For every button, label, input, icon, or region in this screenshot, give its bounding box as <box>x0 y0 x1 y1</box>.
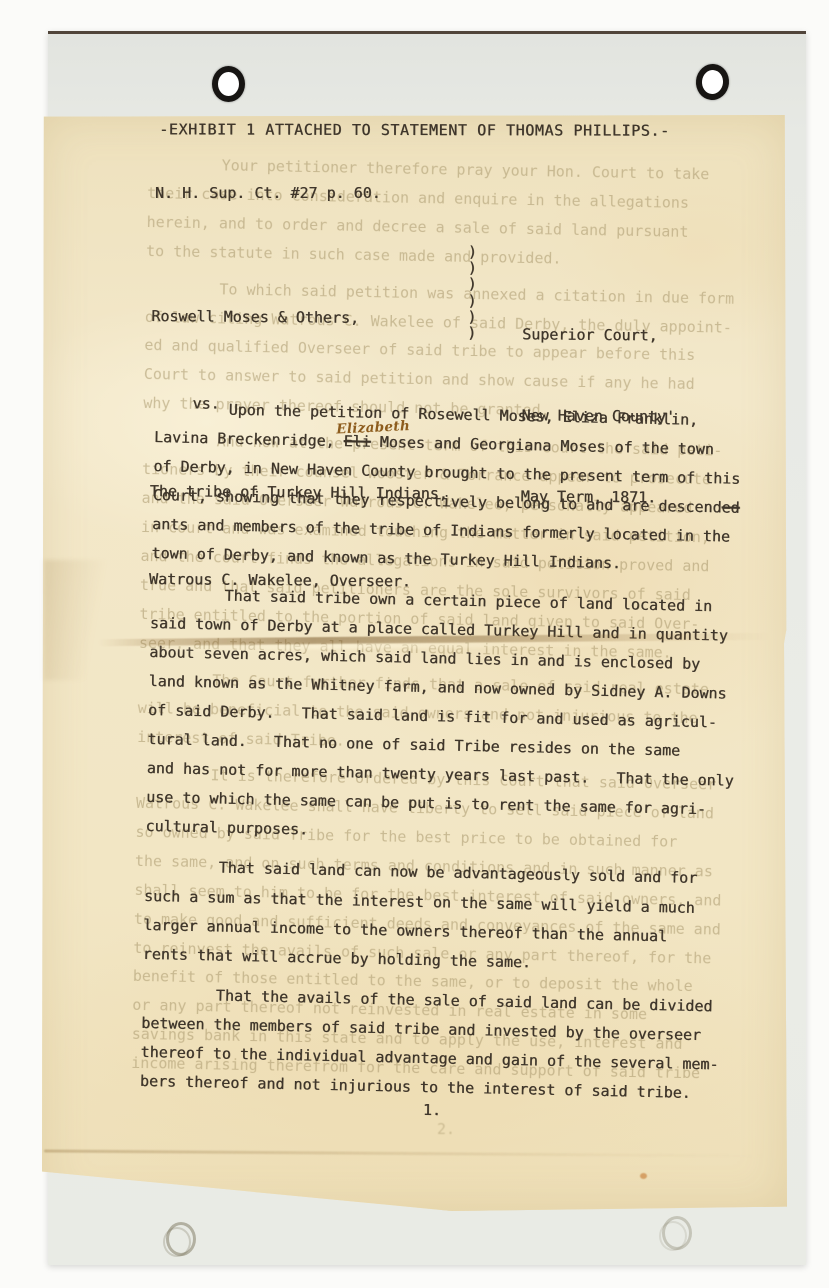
brace-glyph: ) <box>467 309 476 325</box>
brace-glyph: ) <box>467 292 476 308</box>
brace-glyph: ) <box>468 260 477 276</box>
ghost-hole-right <box>662 1216 692 1250</box>
ghost-page-number: 2. <box>437 1120 455 1138</box>
body-paragraph: That the avails of the sale of said land… <box>140 980 762 1110</box>
handwritten-annotation: Elizabeth <box>335 412 410 445</box>
typed-text: That said tribe own a certain piece of l… <box>224 586 712 615</box>
body-paragraph: Upon the petition of Rosewell Moses, Eli… <box>151 394 775 582</box>
exhibit-header: -EXHIBIT 1 ATTACHED TO STATEMENT OF THOM… <box>42 120 787 140</box>
paper-stain <box>640 1173 647 1179</box>
document-body: Upon the petition of Rosewell Moses, Eli… <box>140 394 775 1110</box>
brace-glyph: ) <box>467 325 476 341</box>
body-paragraph: That said land can now be advantageously… <box>142 852 764 982</box>
caption-braces: )))))) <box>467 244 477 341</box>
brace-glyph: ) <box>468 276 477 292</box>
case-citation: N. H. Sup. Ct. #27 p. 60. <box>155 184 381 202</box>
typed-text: larger annual income to the owners there… <box>143 915 667 944</box>
typed-text: That said land can now be advantageously… <box>218 859 697 887</box>
ghost-hole-left <box>166 1222 196 1256</box>
case-caption: Roswell Moses & Others, vs. The tribe of… <box>151 243 772 358</box>
strikethrough-text: ed <box>721 499 739 517</box>
court-name: Superior Court, <box>522 321 676 349</box>
typed-text: cultural purposes. <box>145 817 308 839</box>
typed-text: That the avails of the sale of said land… <box>216 986 713 1015</box>
typed-text: town of Derby, and known as the Turkey H… <box>151 544 621 572</box>
plaintiff-name: Roswell Moses & Others, <box>151 302 449 334</box>
body-paragraph: That said tribe own a certain piece of l… <box>145 580 771 855</box>
punch-hole-right <box>694 62 731 101</box>
strikethrough-text: EliElizabeth <box>343 432 370 451</box>
paper-crease-left <box>44 560 114 680</box>
scanned-document-page: { "document": { "exhibit_header": "-EXHI… <box>0 0 829 1288</box>
brace-glyph: ) <box>468 244 477 260</box>
typed-text: rents that will accrue by holding the sa… <box>143 945 532 971</box>
typed-text: Upon the petition of Rosewell Moses, Eli… <box>228 401 698 429</box>
punch-hole-left <box>212 66 245 102</box>
typed-text: Lavina Breckenridge, <box>154 428 344 450</box>
typed-text: Moses and Georgiana Moses of the town <box>371 433 714 458</box>
